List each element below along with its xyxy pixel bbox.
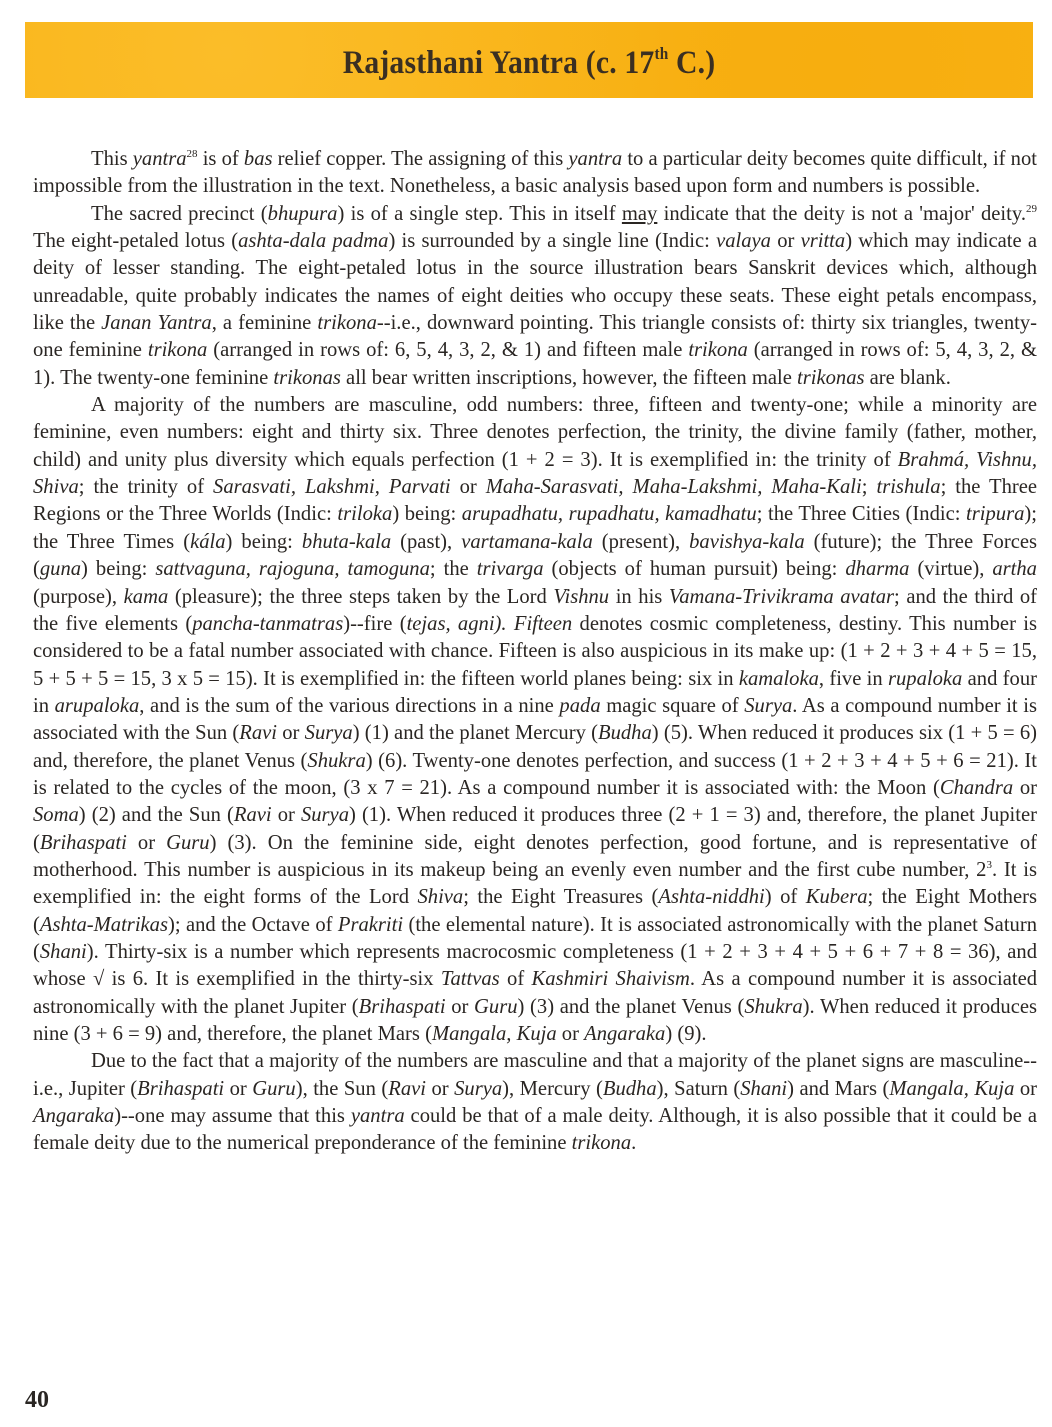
italic-term: trikona bbox=[572, 1132, 632, 1154]
text-run: ) being: bbox=[392, 503, 461, 525]
text-run: relief copper. The assigning of this bbox=[273, 148, 569, 170]
italic-term: Guru bbox=[166, 832, 209, 854]
italic-term: artha bbox=[992, 558, 1037, 580]
text-run: (purpose), bbox=[33, 586, 124, 608]
text-run: or bbox=[446, 996, 474, 1018]
text-run: . bbox=[631, 1132, 636, 1154]
italic-term: Maha-Sarasvati, Maha-Lakshmi, Maha-Kali bbox=[486, 476, 862, 498]
italic-term: kamaloka bbox=[739, 668, 819, 690]
text-run: (virtue), bbox=[909, 558, 992, 580]
italic-term: sattvaguna, rajoguna, tamoguna bbox=[155, 558, 430, 580]
italic-term: Shani bbox=[40, 941, 87, 963]
text-run: The sacred precinct ( bbox=[91, 203, 268, 225]
italic-term: trikona bbox=[317, 312, 377, 334]
italic-term: Brihaspati bbox=[137, 1078, 224, 1100]
italic-term: trikonas bbox=[797, 367, 865, 389]
italic-term: valaya bbox=[716, 230, 771, 252]
italic-term: Budha bbox=[598, 722, 652, 744]
text-run: or bbox=[127, 832, 166, 854]
text-run: ), the Sun ( bbox=[296, 1078, 389, 1100]
italic-term: Prakriti bbox=[338, 914, 403, 936]
text-run: of bbox=[500, 968, 532, 990]
italic-term: Ashta-Matrikas bbox=[40, 914, 168, 936]
italic-term: Janan Yantra bbox=[101, 312, 212, 334]
italic-term: Shani bbox=[740, 1078, 787, 1100]
italic-term: Guru bbox=[252, 1078, 295, 1100]
italic-term: ashta-dala padma bbox=[238, 230, 388, 252]
text-run: or bbox=[451, 476, 486, 498]
text-run: , and is the sum of the various directio… bbox=[139, 695, 559, 717]
text-run: (objects of human pursuit) being: bbox=[544, 558, 846, 580]
italic-term: vritta bbox=[801, 230, 846, 252]
italic-term: trikonas bbox=[273, 367, 341, 389]
italic-term: Ravi bbox=[388, 1078, 426, 1100]
italic-term: Tattvas bbox=[441, 968, 500, 990]
text-run: ), Saturn ( bbox=[657, 1078, 741, 1100]
page-title: Rajasthani Yantra (c. 17th C.) bbox=[343, 45, 716, 82]
text-run: )--one may assume that this bbox=[114, 1105, 351, 1127]
italic-term: Kubera bbox=[806, 886, 868, 908]
italic-term: Vishnu bbox=[553, 586, 609, 608]
text-run: ) (9). bbox=[665, 1023, 706, 1045]
italic-term: Chandra bbox=[940, 777, 1013, 799]
text-run: all bear written inscriptions, however, … bbox=[341, 367, 797, 389]
text-run: ; the Eight Treasures ( bbox=[463, 886, 658, 908]
text-run: ) is of a single step. This in itself bbox=[337, 203, 621, 225]
text-run: The eight-petaled lotus ( bbox=[33, 230, 238, 252]
paragraph-3: A majority of the numbers are masculine,… bbox=[33, 392, 1037, 1048]
italic-term: yantra bbox=[568, 148, 622, 170]
italic-term: Vamana-Trivikrama avatar bbox=[669, 586, 894, 608]
text-run: ; the trinity of bbox=[79, 476, 213, 498]
italic-term: Sarasvati, Lakshmi, Parvati bbox=[213, 476, 451, 498]
text-run: or bbox=[277, 722, 305, 744]
italic-term: kála bbox=[190, 531, 225, 553]
text-run: ) of bbox=[765, 886, 806, 908]
italic-term: tripura bbox=[966, 503, 1024, 525]
italic-term: Brihaspati bbox=[359, 996, 446, 1018]
italic-term: arupaloka bbox=[55, 695, 140, 717]
italic-term: Shukra bbox=[744, 996, 802, 1018]
italic-term: Shiva bbox=[417, 886, 463, 908]
italic-term: Ashta-niddhi bbox=[658, 886, 764, 908]
italic-term: bhuta-kala bbox=[302, 531, 391, 553]
italic-term: Ravi bbox=[239, 722, 277, 744]
italic-term: pada bbox=[559, 695, 600, 717]
text-run: (past), bbox=[391, 531, 461, 553]
text-run: or bbox=[1013, 777, 1037, 799]
text-run: or bbox=[272, 804, 301, 826]
text-run: ); and the Octave of bbox=[168, 914, 338, 936]
italic-term: kama bbox=[124, 586, 169, 608]
italic-term: Surya bbox=[301, 804, 349, 826]
title-banner: Rajasthani Yantra (c. 17th C.) bbox=[25, 22, 1033, 98]
text-run: A majority of the numbers are masculine,… bbox=[33, 394, 1037, 471]
text-run: are blank. bbox=[865, 367, 951, 389]
italic-term: trivarga bbox=[477, 558, 544, 580]
italic-term: bavishya-kala bbox=[689, 531, 805, 553]
text-run: ) is surrounded by a single line (Indic: bbox=[388, 230, 716, 252]
text-run: or bbox=[224, 1078, 252, 1100]
text-run: , a feminine bbox=[212, 312, 318, 334]
paragraph-1: This yantra28 is of bas relief copper. T… bbox=[33, 146, 1037, 201]
paragraph-2: The sacred precinct (bhupura) is of a si… bbox=[33, 201, 1037, 392]
text-run: (pleasure); the three steps taken by the… bbox=[168, 586, 553, 608]
italic-term: rupaloka bbox=[888, 668, 962, 690]
italic-term: Guru bbox=[474, 996, 517, 1018]
text-run: , five in bbox=[819, 668, 888, 690]
italic-term: Mangala, Kuja bbox=[432, 1023, 557, 1045]
italic-term: yantra bbox=[351, 1105, 405, 1127]
text-run: ) (2) and the Sun ( bbox=[79, 804, 234, 826]
italic-term: bhupura bbox=[268, 203, 338, 225]
italic-term: Kashmiri Shaivism bbox=[532, 968, 690, 990]
text-run: (arranged in rows of: 6, 5, 4, 3, 2, & 1… bbox=[207, 339, 688, 361]
text-run: ; bbox=[862, 476, 877, 498]
underlined-word: may bbox=[622, 203, 657, 225]
text-run: ) (1) and the planet Mercury ( bbox=[353, 722, 598, 744]
text-run: or bbox=[771, 230, 801, 252]
paragraph-4: Due to the fact that a majority of the n… bbox=[33, 1048, 1037, 1157]
text-run: indicate that the deity is not a 'major'… bbox=[657, 203, 1026, 225]
italic-term: trikona bbox=[688, 339, 748, 361]
text-run: This bbox=[91, 148, 133, 170]
text-run: or bbox=[557, 1023, 584, 1045]
italic-term: Ravi bbox=[234, 804, 272, 826]
italic-term: Surya bbox=[305, 722, 353, 744]
footnote-ref: 29 bbox=[1026, 203, 1037, 215]
text-run: (present), bbox=[593, 531, 689, 553]
text-run: ) being: bbox=[81, 558, 155, 580]
italic-term: Mangala, Kuja bbox=[889, 1078, 1014, 1100]
italic-term: tejas, agni). Fifteen bbox=[407, 613, 573, 635]
italic-term: arupadhatu, rupadhatu, kamadhatu bbox=[462, 503, 757, 525]
text-run: in his bbox=[609, 586, 669, 608]
italic-term: guna bbox=[40, 558, 81, 580]
italic-term: pancha-tanmatras bbox=[192, 613, 343, 635]
text-run: ; the Three Cities (Indic: bbox=[757, 503, 966, 525]
italic-term: triloka bbox=[337, 503, 392, 525]
italic-term: Shukra bbox=[307, 750, 365, 772]
text-run: ), Mercury ( bbox=[502, 1078, 603, 1100]
italic-term: Angaraka bbox=[33, 1105, 114, 1127]
text-run: ) and Mars ( bbox=[787, 1078, 889, 1100]
text-run: or bbox=[1014, 1078, 1037, 1100]
italic-term: Budha bbox=[603, 1078, 657, 1100]
italic-term: dharma bbox=[845, 558, 909, 580]
body-text: This yantra28 is of bas relief copper. T… bbox=[33, 146, 1037, 1158]
italic-term: Brihaspati bbox=[40, 832, 127, 854]
text-run: ) (3) and the planet Venus ( bbox=[518, 996, 745, 1018]
footnote-ref: 28 bbox=[187, 148, 198, 160]
text-run: ; the bbox=[430, 558, 477, 580]
italic-term: trikona bbox=[148, 339, 208, 361]
text-run: or bbox=[426, 1078, 454, 1100]
text-run: is of bbox=[198, 148, 244, 170]
italic-term: Angaraka bbox=[584, 1023, 665, 1045]
italic-term: vartamana-kala bbox=[461, 531, 593, 553]
italic-term: yantra bbox=[133, 148, 187, 170]
page-number: 40 bbox=[25, 1387, 49, 1414]
italic-term: Surya bbox=[744, 695, 792, 717]
text-run: ) being: bbox=[226, 531, 302, 553]
italic-term: bas bbox=[244, 148, 273, 170]
italic-term: Surya bbox=[454, 1078, 502, 1100]
italic-term: Soma bbox=[33, 804, 79, 826]
italic-term: trishula bbox=[876, 476, 940, 498]
text-run: )--fire ( bbox=[343, 613, 406, 635]
text-run: magic square of bbox=[601, 695, 745, 717]
